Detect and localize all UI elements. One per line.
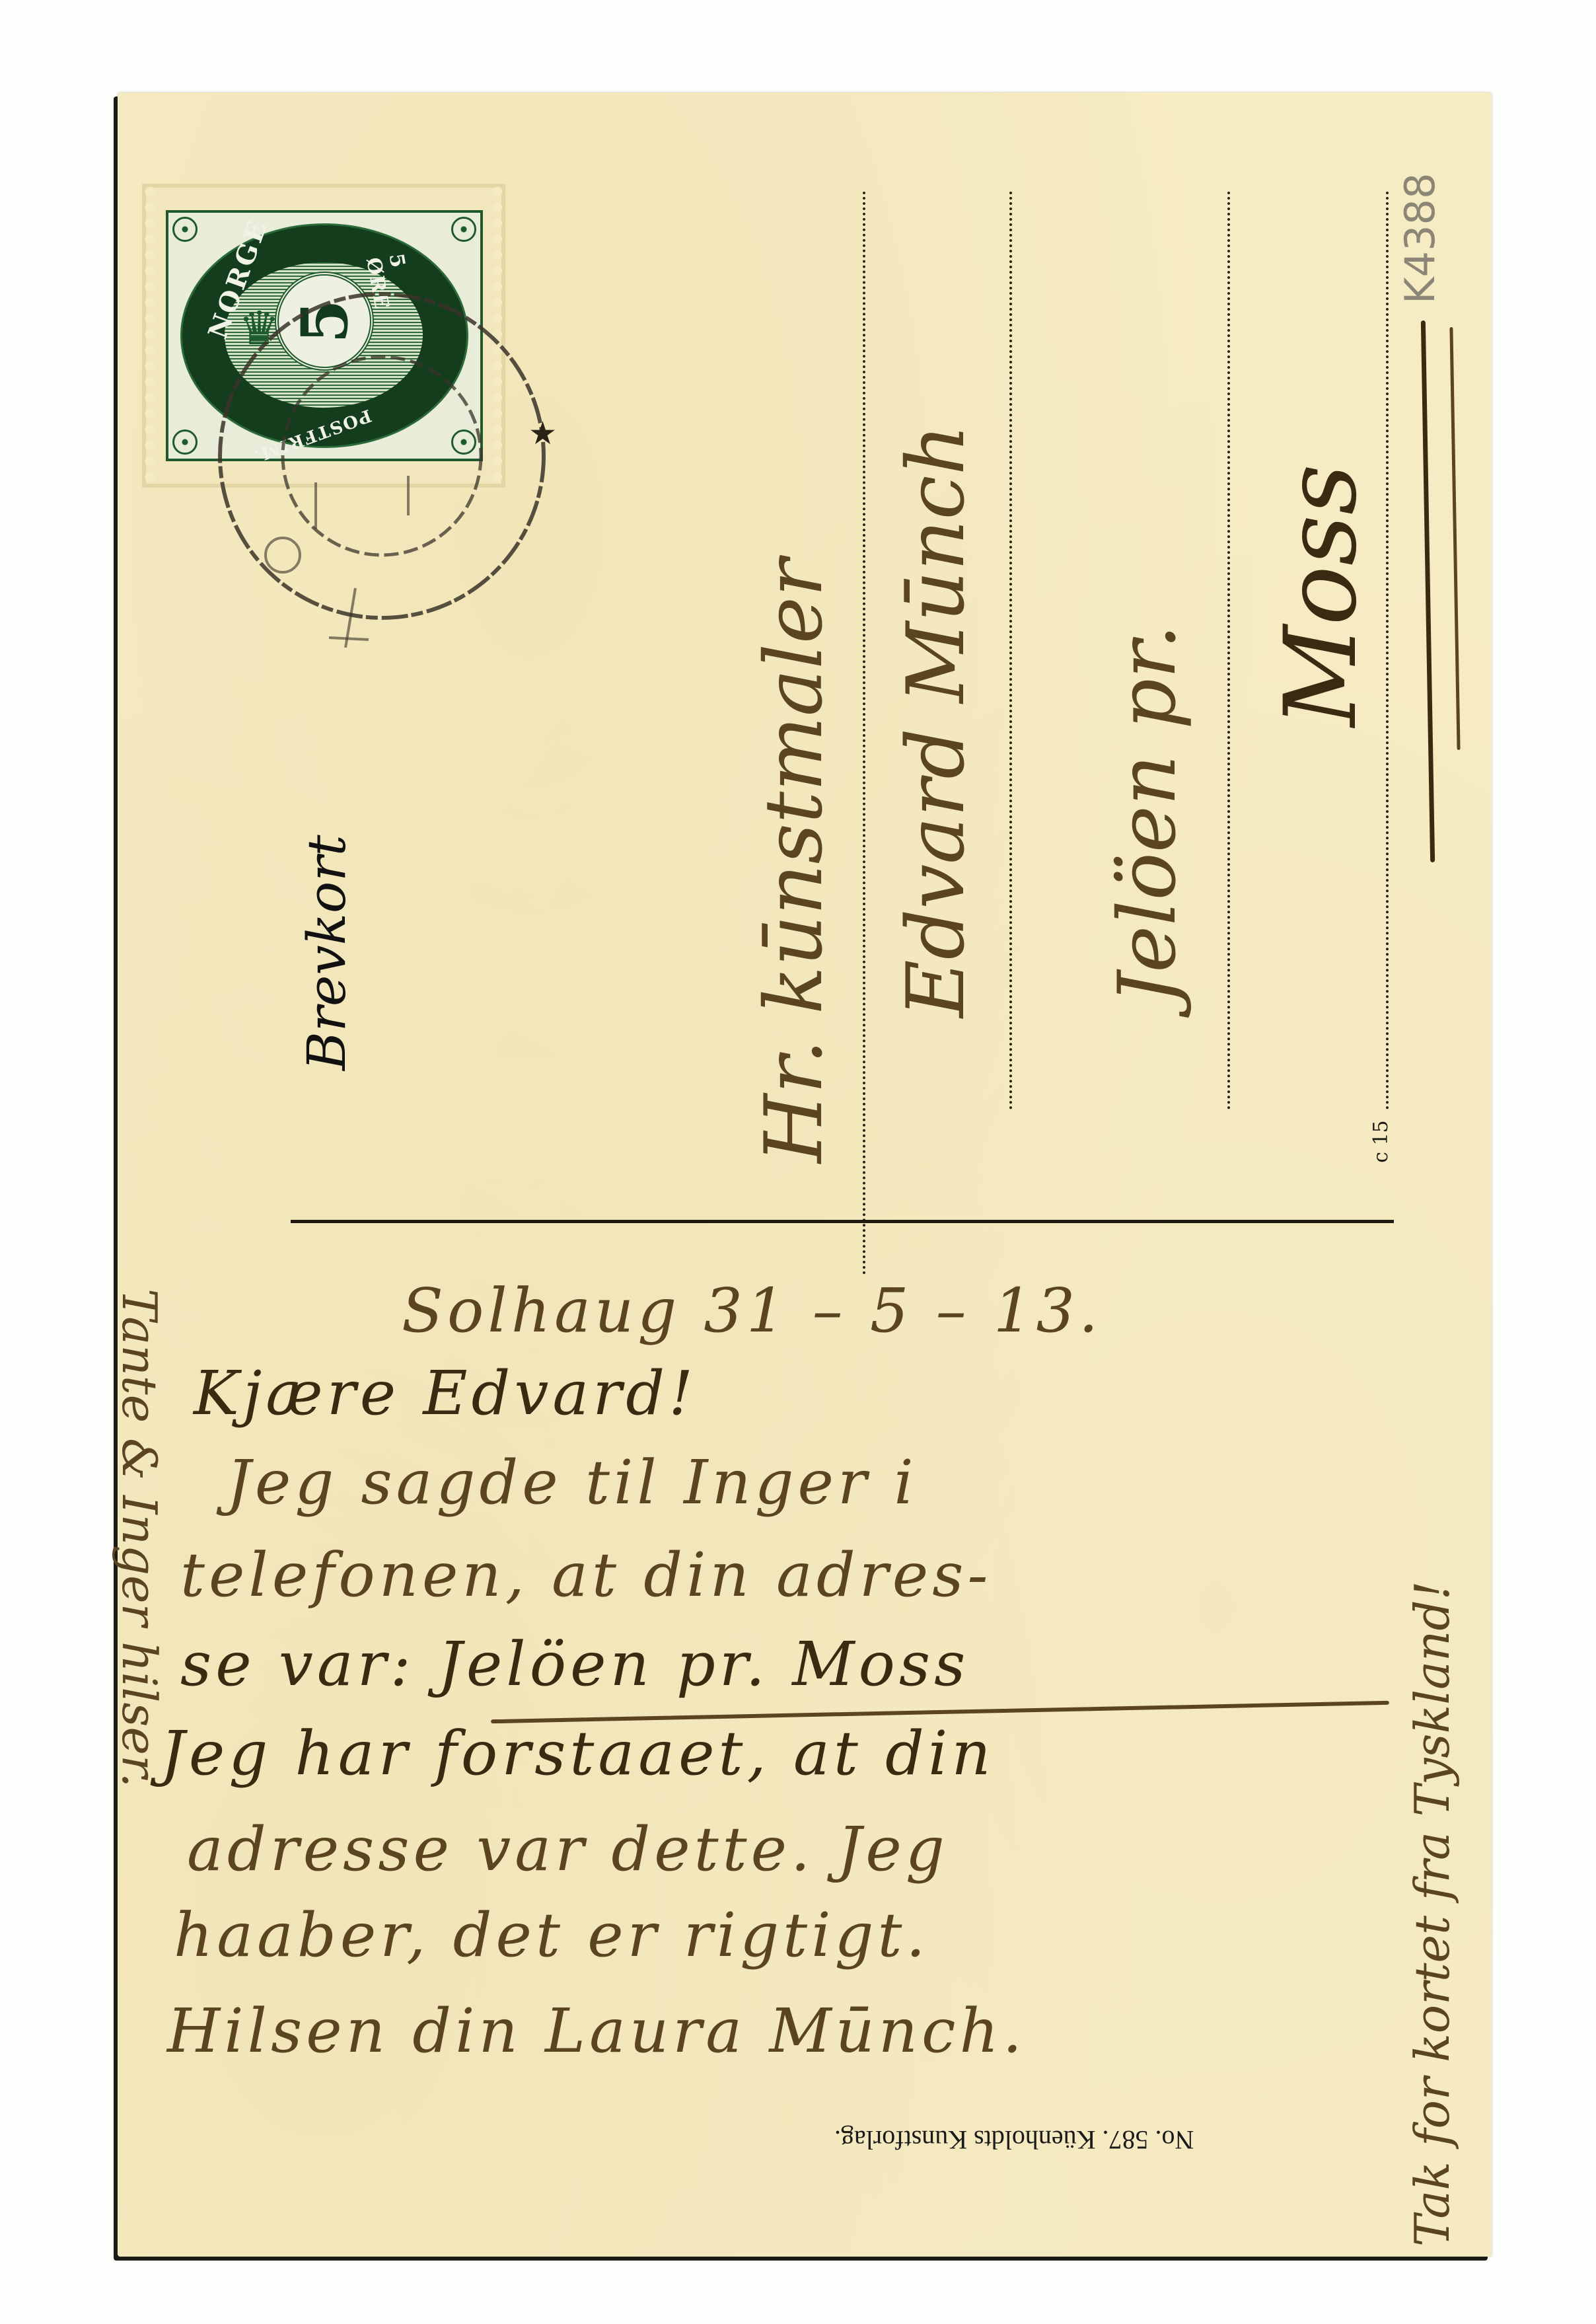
address-line-3: [1227, 192, 1230, 1110]
catalog-number: K4388: [1396, 173, 1444, 304]
address-recipient-name: Edvard Mūnch: [890, 424, 982, 1018]
message-divider: [291, 1220, 1394, 1223]
left-margin-note: Tante & Inger hilser.: [112, 1289, 167, 1787]
message-line: haaber, det er rigtigt.: [174, 1900, 929, 1970]
message-line: telefonen, at din adres-: [180, 1540, 992, 1610]
address-line-2: [1009, 192, 1012, 1110]
message-line: Jeg har forstaaet, at din: [161, 1718, 995, 1789]
message-date-line: Solhaug 31 – 5 – 13.: [402, 1275, 1102, 1346]
address-line-1: [863, 192, 865, 1275]
stamp-corner-rosette-icon: [172, 217, 198, 242]
message-line: se var: Jelöen pr. Moss: [180, 1629, 969, 1700]
postcard: ♛ 5 NORGE 5 ØRE POSTFRIM. ★ Brevkort K43…: [118, 93, 1492, 2257]
address-recipient-title: Hr. kūnstmaler: [748, 559, 840, 1163]
stamp-corner-rosette-icon: [451, 217, 476, 242]
message-body: Solhaug 31 – 5 – 13. Kjære Edvard! Jeg s…: [147, 1249, 1416, 2227]
message-signature: Hilsen din Laura Mūnch.: [167, 1996, 1026, 2066]
message-line: Jeg sagde til Inger i: [227, 1447, 918, 1518]
print-code: c 15: [1369, 1120, 1393, 1163]
postmark-star-icon: ★: [528, 415, 557, 452]
card-type-label: Brevkort: [296, 835, 357, 1070]
right-margin-note: Tak for kortet fra Tyskland!: [1404, 1581, 1460, 2247]
message-salutation: Kjære Edvard!: [194, 1358, 697, 1429]
message-line: adresse var dette. Jeg: [187, 1814, 949, 1885]
stamp-corner-rosette-icon: [172, 430, 198, 455]
town-underline: [1449, 327, 1460, 750]
town-underline: [1421, 320, 1435, 862]
publisher-imprint: No. 587. Küenholdts Kunstforlag.: [834, 2124, 1194, 2155]
address-town: Moss: [1264, 464, 1379, 727]
address-locality: Jelöen pr.: [1102, 624, 1194, 1004]
postmark-cancellation: [203, 278, 573, 648]
address-line-4: [1386, 192, 1389, 1110]
